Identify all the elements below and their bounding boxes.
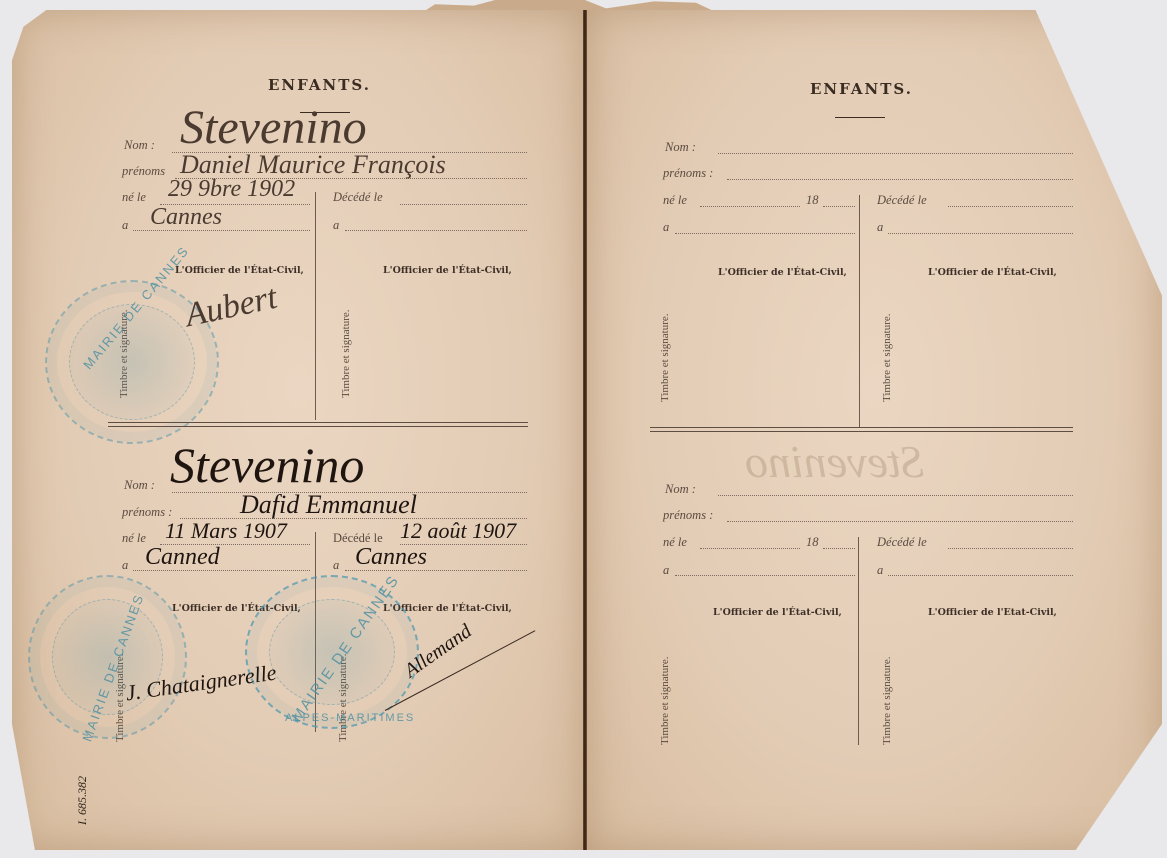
label-year-prefix: 18 (806, 535, 819, 550)
decede-a-line (888, 575, 1073, 576)
ink-offset-ghost: Stevenino (745, 435, 924, 488)
year-line (823, 206, 855, 207)
timbre-label-left: Timbre et signature. (659, 657, 671, 746)
label-ne-le: né le (122, 531, 146, 546)
stamp-text: ALPES-MARITIMES (285, 712, 415, 724)
label-decede-a: a (877, 220, 883, 235)
officer-label-right: L'Officier de l'État-Civil, (383, 265, 512, 276)
nom-line (718, 153, 1073, 154)
handwritten-ne-a: Canned (145, 544, 220, 571)
label-decede-a: a (333, 218, 339, 233)
prenoms-line (727, 521, 1073, 522)
label-prenoms: prénoms : (663, 166, 713, 181)
archive-reference: I. 685.382 (75, 776, 90, 825)
label-nom: Nom : (665, 482, 696, 497)
officer-label-left: L'Officier de l'État-Civil, (175, 265, 304, 276)
label-a: a (122, 218, 128, 233)
handwritten-decede-a: Cannes (355, 544, 427, 571)
label-nom: Nom : (124, 138, 155, 153)
handwritten-prenoms: Dafid Emmanuel (240, 490, 417, 520)
entry-separator (650, 427, 1073, 432)
right-heading: ENFANTS. (810, 80, 913, 98)
column-divider (315, 192, 316, 420)
decede-a-line (345, 230, 527, 231)
label-ne-le: né le (122, 190, 146, 205)
label-a: a (663, 563, 669, 578)
officer-label-left: L'Officier de l'État-Civil, (718, 267, 847, 278)
ne-le-line (700, 206, 800, 207)
label-decede-le: Décédé le (877, 193, 927, 208)
timbre-label-right: Timbre et signature. (881, 657, 893, 746)
timbre-label-right: Timbre et signature. (340, 310, 352, 399)
handwritten-ne-le: 11 Mars 1907 (165, 518, 287, 544)
column-divider (859, 195, 860, 427)
handwritten-decede-le: 12 août 1907 (400, 518, 516, 544)
decede-a-line (888, 233, 1073, 234)
timbre-label-right: Timbre et signature. (881, 314, 893, 403)
handwritten-ne-le: 29 9bre 1902 (168, 176, 295, 203)
decede-le-line (400, 204, 527, 205)
decede-le-line (948, 548, 1073, 549)
left-heading: ENFANTS. (268, 76, 371, 94)
timbre-label-left: Timbre et signature. (659, 314, 671, 403)
label-prenoms: prénoms (122, 164, 165, 179)
label-nom: Nom : (124, 478, 155, 493)
label-decede-le: Décédé le (877, 535, 927, 550)
decede-le-line (948, 206, 1073, 207)
ne-a-line (675, 233, 855, 234)
entry-separator (108, 422, 528, 427)
handwritten-nom: Stevenino (170, 436, 364, 494)
center-fold (583, 10, 587, 850)
heading-rule (835, 117, 885, 118)
officer-label-left: L'Officier de l'État-Civil, (713, 607, 842, 618)
mairie-stamp (28, 575, 187, 739)
label-ne-le: né le (663, 535, 687, 550)
handwritten-nom: Stevenino (180, 100, 367, 155)
label-a: a (663, 220, 669, 235)
label-year-prefix: 18 (806, 193, 819, 208)
prenoms-line (727, 179, 1073, 180)
column-divider (858, 537, 859, 745)
officer-label-right: L'Officier de l'Etat-Civil, (928, 607, 1057, 618)
label-ne-le: né le (663, 193, 687, 208)
nom-line (718, 495, 1073, 496)
year-line (823, 548, 855, 549)
handwritten-ne-a: Cannes (150, 204, 222, 231)
label-a: a (122, 558, 128, 573)
label-decede-le: Décédé le (333, 190, 383, 205)
label-decede-a: a (333, 558, 339, 573)
ne-le-line (700, 548, 800, 549)
officer-label-right: L'Officier de l'État-Civil, (928, 267, 1057, 278)
label-decede-a: a (877, 563, 883, 578)
label-prenoms: prénoms : (663, 508, 713, 523)
label-nom: Nom : (665, 140, 696, 155)
ne-a-line (675, 575, 855, 576)
